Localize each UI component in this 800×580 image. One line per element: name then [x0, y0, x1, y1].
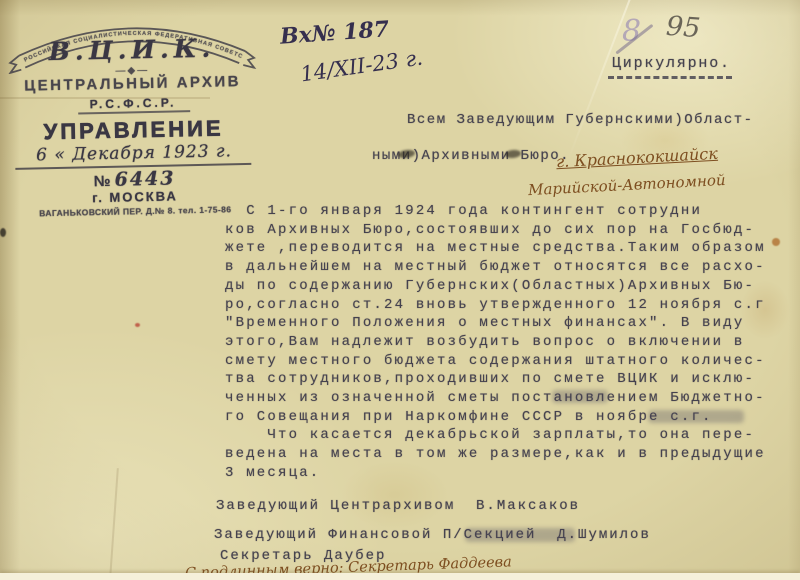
vcik-stamp: РОССИЙСКАЯ СОЦИАЛИСТИЧЕСКАЯ ФЕДЕРАТИВНАЯ…: [6, 3, 261, 230]
body-line: ков Архивных Бюро,состоявших до сих пор …: [225, 221, 766, 240]
circular-dashed-underline: [608, 76, 732, 79]
stamp-number-label: №: [94, 173, 111, 190]
body-line: жете ,переводится на местные средства.Та…: [225, 239, 766, 258]
body-line: "Временного Положения о местных финансах…: [225, 314, 766, 333]
body-line: ды по содержанию Губернских(Областных)Ар…: [225, 277, 766, 296]
circular-label: Циркулярно.: [612, 55, 731, 72]
signature-head-finance: Заведующий Финансовой П/Секцией Д.Шумило…: [214, 527, 651, 543]
body-line: ченных из означенной сметы постановление…: [225, 389, 766, 408]
ink-smear-vcik: [552, 390, 608, 403]
pencil-mark-faint: 8: [622, 14, 641, 49]
scan-edge-strip: [0, 573, 800, 580]
body-line: смету местного бюджета содержания штатно…: [225, 352, 766, 371]
body-line: тва сотрудников,проходивших по смете ВЦИ…: [225, 370, 766, 389]
stamp-date-handwritten: 6 « Декабря 1923 г.: [9, 141, 259, 166]
stamp-org-abbr: В.Ц.И.К.: [7, 33, 258, 67]
stamp-rsfsr-label: Р.С.Ф.С.Р.: [8, 94, 258, 113]
recipient-line-1: Всем Заведующим Губернскими)Област-: [407, 112, 754, 128]
body-line: ро,согласно ст.24 вновь утвержденного 12…: [225, 296, 766, 315]
body-line: этого,Вам надлежит возбудить вопрос о вк…: [225, 333, 766, 352]
letter-body: С 1-го января 1924 года контингент сотру…: [225, 202, 766, 483]
ink-smear-signature: [465, 528, 575, 542]
pencil-page-number: 95: [665, 11, 701, 44]
ink-smear-budget: [648, 410, 744, 423]
body-line: ведена на места в том же размере,как и в…: [225, 445, 766, 464]
body-line: в дальнейшем на местный бюджет относятся…: [225, 258, 766, 277]
signature-head-archive: Заведующий Центрархивом В.Максаков: [216, 498, 580, 514]
stamp-number-value: 6443: [114, 167, 175, 190]
body-line: 3 месяца.: [225, 464, 766, 483]
body-line: С 1-го января 1924 года контингент сотру…: [225, 202, 766, 221]
body-line: Что касается декабрьской зарплаты,то она…: [225, 426, 766, 445]
